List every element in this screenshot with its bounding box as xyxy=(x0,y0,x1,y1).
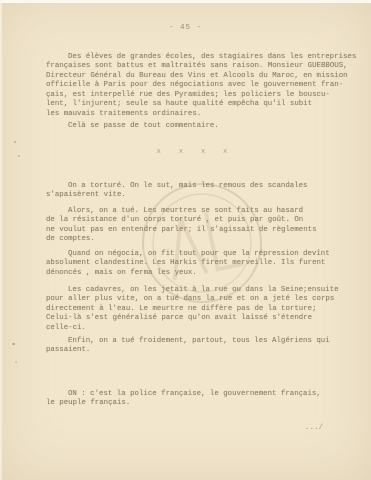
text-line: pour aller plus vite, on a tué dans la r… xyxy=(46,295,346,304)
paper-speck xyxy=(18,155,20,157)
text-line: Directeur Général du Bureau des Vins et … xyxy=(46,72,346,81)
text-line: Enfin, on a tué froidement, partout, tou… xyxy=(46,337,346,346)
text-line: de la résistance d'un corps torturé , et… xyxy=(46,216,346,225)
paragraph-intro: Des élèves de grandes écoles, des stagia… xyxy=(46,53,346,119)
document-page: - 45 - Des élèves de grandes écoles, des… xyxy=(0,0,371,480)
text-line: çais, est interpellé rue des Pyramides; … xyxy=(46,91,346,100)
section-divider: x x x x xyxy=(46,148,338,156)
paragraph-torture: On a torturé. On le sut, mais les remous… xyxy=(46,182,346,201)
paper-speck xyxy=(12,343,15,345)
text-line: françaises sont battus et maltraités san… xyxy=(46,62,346,71)
continuation-mark: .../ xyxy=(305,424,323,432)
text-line: dénoncés , mais on ferma les yeux. xyxy=(46,269,346,278)
page-number: - 45 - xyxy=(0,24,371,32)
scan-edge-top xyxy=(0,0,371,3)
text-line: le peuple français. xyxy=(46,399,346,408)
text-line: lent, l'injurent; seule sa haute qualité… xyxy=(46,100,346,109)
text-line: celle-ci. xyxy=(46,324,346,333)
text-line: Celà se passe de tout commentaire. xyxy=(46,122,346,131)
text-line: de comptes. xyxy=(46,235,346,244)
text-line: Celui-là s'est généralisé parce qu'on av… xyxy=(46,314,346,323)
paragraph-meurtres: Alors, on a tué. Les meurtres se sont fa… xyxy=(46,207,346,245)
paper-speck xyxy=(15,361,17,363)
paragraph-commentaire: Celà se passe de tout commentaire. xyxy=(46,122,346,131)
paragraph-cadavres: Les cadavres, on les jetait à la rue ou … xyxy=(46,286,346,333)
text-line: s'apaisèrent vite. xyxy=(46,191,346,200)
text-line: ne voulut pas en entendre parler; il s'a… xyxy=(46,226,346,235)
paragraph-enfin: Enfin, on a tué froidement, partout, tou… xyxy=(46,337,346,356)
text-line: passaient. xyxy=(46,346,346,355)
text-line: les mauvais traitements ordinaires. xyxy=(46,110,346,119)
paragraph-repression: Quand on négocia, on fit tout pour que l… xyxy=(46,250,346,278)
scan-edge-left xyxy=(0,0,3,480)
paragraph-conclusion: ON : c'est la police française, le gouve… xyxy=(46,390,346,409)
text-line: directement à l'eau. Le meurtre ne diffè… xyxy=(46,305,346,314)
text-line: officielle à Paris pour des négociations… xyxy=(46,81,346,90)
text-line: absolument clandestine. Les Harkis firen… xyxy=(46,259,346,268)
paper-speck xyxy=(14,141,16,143)
